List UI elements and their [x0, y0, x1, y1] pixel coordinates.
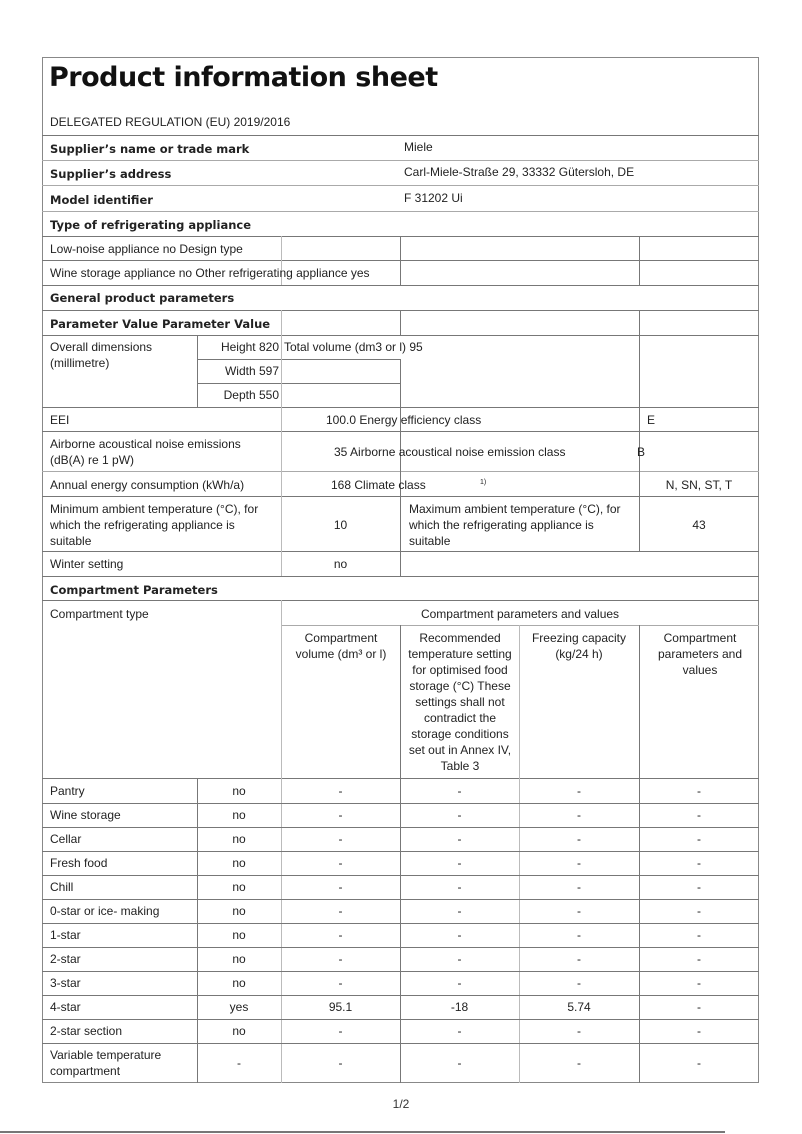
supplier-address-label: Supplier’s address: [50, 166, 171, 182]
divider: [639, 236, 640, 285]
compartment-parameters: -: [639, 1023, 759, 1039]
compartment-parameters: -: [639, 879, 759, 895]
compartment-parameters: -: [639, 783, 759, 799]
dimension-height: Height 820: [197, 339, 279, 355]
compartment-temperature: -: [400, 783, 519, 799]
compartment-name: Fresh food: [50, 855, 195, 871]
compartment-freezing-capacity: -: [519, 879, 639, 895]
supplier-name-value: Miele: [404, 139, 433, 155]
compartment-temperature: -: [400, 903, 519, 919]
compartment-freezing-capacity: -: [519, 855, 639, 871]
divider: [42, 285, 759, 286]
divider: [42, 1043, 759, 1044]
compartment-temperature: -: [400, 879, 519, 895]
compartment-name: 0-star or ice- making: [50, 903, 195, 919]
compartment-volume: -: [281, 927, 400, 943]
noise-label: Airborne acoustical noise emissions (dB(…: [50, 436, 275, 468]
dimensions-label: Overall dimensions (millimetre): [50, 339, 190, 371]
max-ambient-temp-label: Maximum ambient temperature (°C), for wh…: [409, 501, 634, 549]
compartment-present: no: [197, 807, 281, 823]
model-identifier-value: F 31202 Ui: [404, 190, 463, 206]
divider: [42, 576, 759, 577]
divider: [197, 359, 400, 360]
compartment-present: no: [197, 855, 281, 871]
compartment-name: 1-star: [50, 927, 195, 943]
divider: [42, 899, 759, 900]
compartment-present: no: [197, 783, 281, 799]
compartment-volume: -: [281, 807, 400, 823]
compartment-present: no: [197, 951, 281, 967]
dimension-depth: Depth 550: [197, 387, 279, 403]
divider: [42, 211, 759, 212]
noise-value: 35 Airborne acoustical noise emission cl…: [334, 444, 565, 460]
compartment-temperature: -: [400, 927, 519, 943]
compartment-freezing-capacity: -: [519, 1055, 639, 1071]
divider: [42, 1019, 759, 1020]
compartment-present: no: [197, 903, 281, 919]
compartment-parameters: -: [639, 975, 759, 991]
compartment-name: Variable temperature compartment: [50, 1047, 195, 1079]
divider: [281, 407, 282, 576]
compartment-present: -: [197, 1055, 281, 1071]
page-number: 1/2: [0, 1097, 802, 1111]
winter-setting-value: no: [281, 556, 400, 572]
compartment-volume: -: [281, 831, 400, 847]
compartment-name: Pantry: [50, 783, 195, 799]
compartment-temperature: -: [400, 1023, 519, 1039]
divider: [42, 875, 759, 876]
compartment-volume: -: [281, 1023, 400, 1039]
compartment-parameters: -: [639, 1055, 759, 1071]
annual-energy-value: 168 Climate class: [331, 477, 426, 493]
compartment-temperature: -18: [400, 999, 519, 1015]
page-bottom-rule: [0, 1131, 725, 1133]
eei-label: EEI: [50, 412, 69, 428]
compartment-parameters: -: [639, 855, 759, 871]
dimension-width: Width 597: [197, 363, 279, 379]
divider: [42, 803, 759, 804]
model-identifier-label: Model identifier: [50, 192, 153, 208]
divider: [42, 600, 759, 601]
compartment-freezing-capacity: -: [519, 975, 639, 991]
compartment-present: no: [197, 975, 281, 991]
divider: [400, 359, 401, 407]
compartment-parameters: -: [639, 831, 759, 847]
compartment-parameters: -: [639, 951, 759, 967]
compartment-freezing-capacity: 5.74: [519, 999, 639, 1015]
compartment-parameters: -: [639, 927, 759, 943]
compartment-volume: -: [281, 1055, 400, 1071]
compartment-name: 3-star: [50, 975, 195, 991]
max-ambient-temp-value: 43: [639, 517, 759, 533]
compartment-temperature: -: [400, 855, 519, 871]
compartment-present: no: [197, 879, 281, 895]
compartment-freezing-capacity: -: [519, 951, 639, 967]
compartment-name: Wine storage: [50, 807, 195, 823]
divider: [281, 335, 282, 407]
compartment-present: no: [197, 927, 281, 943]
appliance-type-heading: Type of refrigerating appliance: [50, 217, 251, 233]
compartment-freezing-capacity: -: [519, 903, 639, 919]
climate-class-value: N, SN, ST, T: [639, 477, 759, 493]
column-header-temperature: Recommended temperature setting for opti…: [404, 630, 516, 774]
total-volume: Total volume (dm3 or l) 95: [284, 339, 423, 355]
divider: [42, 160, 759, 161]
compartment-freezing-capacity: -: [519, 831, 639, 847]
compartment-temperature: -: [400, 807, 519, 823]
divider: [42, 947, 759, 948]
compartment-parameters: -: [639, 999, 759, 1015]
divider: [42, 923, 759, 924]
eei-value: 100.0 Energy efficiency class: [326, 412, 481, 428]
divider: [42, 995, 759, 996]
compartment-volume: -: [281, 951, 400, 967]
supplier-name-label: Supplier’s name or trade mark: [50, 141, 249, 157]
regulation-reference: DELEGATED REGULATION (EU) 2019/2016: [50, 114, 290, 130]
compartment-freezing-capacity: -: [519, 927, 639, 943]
divider: [281, 310, 282, 335]
divider: [42, 135, 759, 136]
general-parameters-subheading: Parameter Value Parameter Value: [50, 316, 270, 332]
divider: [42, 335, 759, 336]
climate-class-footnote: 1): [480, 475, 486, 491]
compartment-volume: -: [281, 975, 400, 991]
energy-efficiency-class: E: [647, 412, 655, 428]
compartment-name: Cellar: [50, 831, 195, 847]
compartment-temperature: -: [400, 951, 519, 967]
min-ambient-temp-label: Minimum ambient temperature (°C), for wh…: [50, 501, 275, 549]
page-title: Product information sheet: [49, 62, 438, 93]
divider: [400, 236, 401, 285]
compartment-temperature: -: [400, 975, 519, 991]
compartment-parameters: -: [639, 903, 759, 919]
compartment-parameters-heading: Compartment Parameters: [50, 582, 218, 598]
divider: [400, 310, 401, 335]
divider: [42, 971, 759, 972]
column-header-freezing: Freezing capacity (kg/24 h): [522, 630, 636, 662]
divider: [281, 625, 759, 626]
compartment-present: no: [197, 831, 281, 847]
compartment-name: 2-star: [50, 951, 195, 967]
compartment-volume: -: [281, 783, 400, 799]
appliance-type-row-2: Wine storage appliance no Other refriger…: [50, 265, 370, 281]
compartment-volume: -: [281, 855, 400, 871]
min-ambient-temp-value: 10: [281, 517, 400, 533]
appliance-type-row-1: Low-noise appliance no Design type: [50, 241, 243, 257]
general-parameters-heading: General product parameters: [50, 290, 234, 306]
supplier-address-value: Carl-Miele-Straße 29, 33332 Gütersloh, D…: [404, 164, 634, 180]
compartment-freezing-capacity: -: [519, 783, 639, 799]
annual-energy-label: Annual energy consumption (kWh/a): [50, 477, 244, 493]
column-header-parameters: Compartment parameters and values: [645, 630, 755, 678]
divider: [639, 310, 640, 407]
compartment-type-label: Compartment type: [50, 606, 149, 622]
winter-setting-label: Winter setting: [50, 556, 123, 572]
compartment-volume: -: [281, 879, 400, 895]
divider: [42, 827, 759, 828]
compartment-name: 4-star: [50, 999, 195, 1015]
compartment-present: yes: [197, 999, 281, 1015]
compartment-volume: 95.1: [281, 999, 400, 1015]
compartment-parameters: -: [639, 807, 759, 823]
divider: [197, 383, 400, 384]
divider: [42, 185, 759, 186]
compartment-name: Chill: [50, 879, 195, 895]
compartment-name: 2-star section: [50, 1023, 195, 1039]
divider: [42, 851, 759, 852]
compartment-freezing-capacity: -: [519, 807, 639, 823]
compartment-group-header: Compartment parameters and values: [281, 606, 759, 622]
column-header-volume: Compartment volume (dm³ or l): [286, 630, 396, 662]
noise-class: B: [637, 444, 645, 460]
compartment-freezing-capacity: -: [519, 1023, 639, 1039]
compartment-present: no: [197, 1023, 281, 1039]
compartment-volume: -: [281, 903, 400, 919]
compartment-temperature: -: [400, 1055, 519, 1071]
compartment-temperature: -: [400, 831, 519, 847]
